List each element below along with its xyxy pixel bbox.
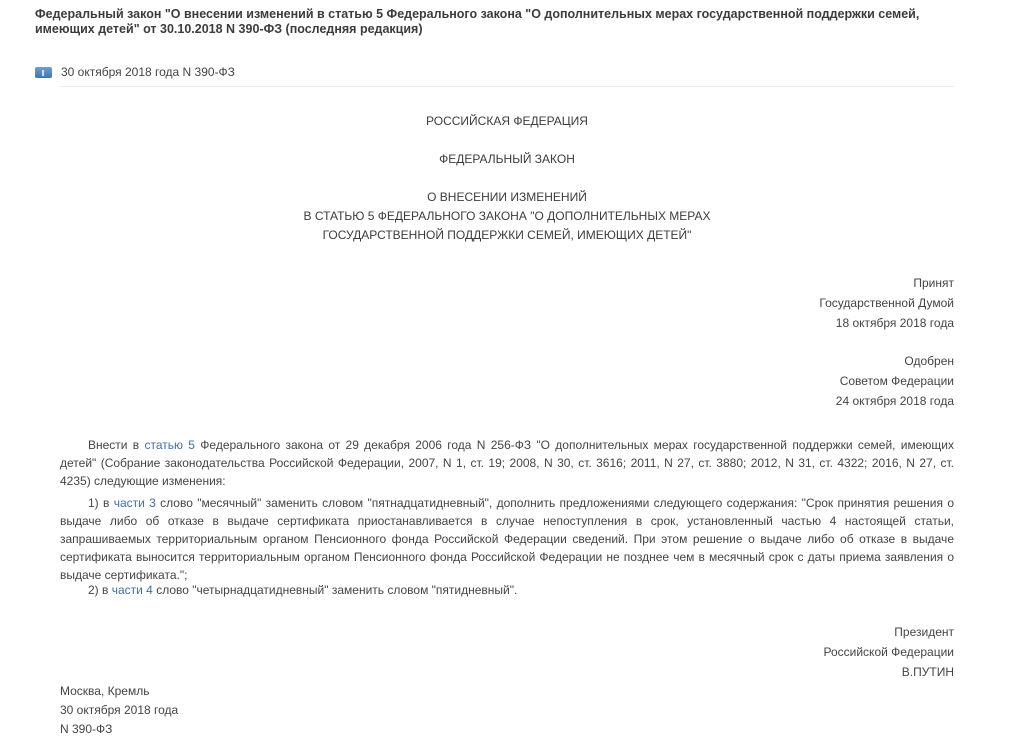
signature-line: Президент <box>824 622 955 642</box>
signature-line: В.ПУТИН <box>824 662 955 682</box>
number-line: N 390-ФЗ <box>60 720 178 739</box>
change-item-1: 1) в части 3 слово "месячный" заменить с… <box>60 494 954 584</box>
law-type-heading: ФЕДЕРАЛЬНЫЙ ЗАКОН <box>60 150 954 169</box>
intro-paragraph: Внести в статью 5 Федерального закона от… <box>60 436 954 490</box>
place-line: Москва, Кремль <box>60 682 178 701</box>
approved-line: Одобрен <box>836 351 954 371</box>
approved-block: Одобрен Советом Федерации 24 октября 201… <box>836 351 954 411</box>
divider <box>60 86 954 87</box>
subject-line: О ВНЕСЕНИИ ИЗМЕНЕНИЙ <box>60 188 954 207</box>
change-item-2: 2) в части 4 слово "четырнадцатидневный"… <box>60 581 954 599</box>
adopted-block: Принят Государственной Думой 18 октября … <box>819 273 954 333</box>
adopted-line: Государственной Думой <box>819 293 954 313</box>
place-date-block: Москва, Кремль 30 октября 2018 года N 39… <box>60 682 178 739</box>
part-3-link[interactable]: части 3 <box>114 496 156 510</box>
part-4-link[interactable]: части 4 <box>112 583 153 597</box>
signature-block: Президент Российской Федерации В.ПУТИН <box>824 622 955 682</box>
subject-line: В СТАТЬЮ 5 ФЕДЕРАЛЬНОГО ЗАКОНА "О ДОПОЛН… <box>60 207 954 226</box>
info-text: 30 октября 2018 года N 390-ФЗ <box>61 65 235 79</box>
signature-line: Российской Федерации <box>824 642 955 662</box>
document-title: Федеральный закон "О внесении изменений … <box>35 7 965 37</box>
law-subject-heading: О ВНЕСЕНИИ ИЗМЕНЕНИЙ В СТАТЬЮ 5 ФЕДЕРАЛЬ… <box>60 188 954 245</box>
subject-line: ГОСУДАРСТВЕННОЙ ПОДДЕРЖКИ СЕМЕЙ, ИМЕЮЩИХ… <box>60 226 954 245</box>
approved-line: Советом Федерации <box>836 371 954 391</box>
adopted-line: 18 октября 2018 года <box>819 313 954 333</box>
info-row: 30 октября 2018 года N 390-ФЗ <box>35 64 235 80</box>
country-heading: РОССИЙСКАЯ ФЕДЕРАЦИЯ <box>60 112 954 131</box>
approved-line: 24 октября 2018 года <box>836 391 954 411</box>
adopted-line: Принят <box>819 273 954 293</box>
article-5-link[interactable]: статью 5 <box>144 438 195 452</box>
date-line: 30 октября 2018 года <box>60 701 178 720</box>
info-icon[interactable] <box>35 67 52 78</box>
